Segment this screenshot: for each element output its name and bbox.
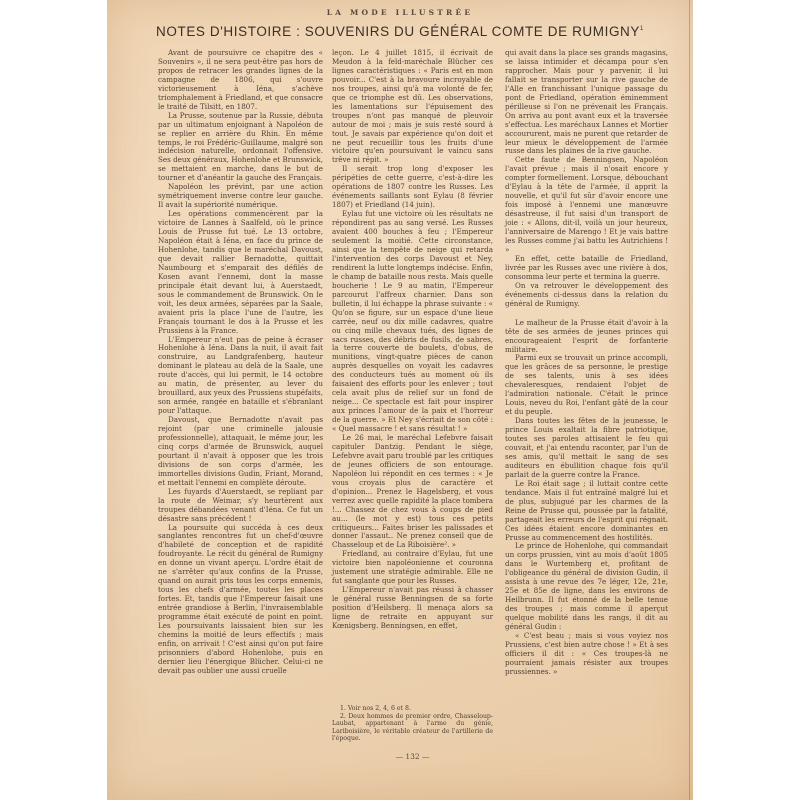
paragraph: Eylau fut une victoire où les résultats … — [332, 210, 493, 434]
title-footnote-marker: 1 — [640, 26, 644, 32]
paragraph: L'Empereur n'eut pas de peine à écraser … — [158, 336, 323, 417]
paragraph: Le prince de Hohenlohe, qui commandait u… — [505, 542, 668, 632]
paragraph: Davoust, que Bernadotte n'avait pas rejo… — [158, 416, 323, 488]
paragraph: Avant de poursuivre ce chapitre des « So… — [158, 49, 323, 112]
page-number: — 132 — — [332, 752, 493, 761]
paragraph: On va retrouver le développement des évé… — [505, 282, 668, 309]
footnote: 1. Voir nos 2, 4, 6 et 8. — [332, 705, 493, 713]
paragraph: Les opérations commencèrent par la victo… — [158, 210, 323, 335]
article-title: NOTES D'HISTOIRE : SOUVENIRS DU GÉNÉRAL … — [107, 24, 693, 39]
paragraph: Il serait trop long d'exposer les péripé… — [332, 165, 493, 210]
paragraph: leçon. Le 4 juillet 1815, il écrivait de… — [332, 49, 493, 165]
paragraph: La poursuite qui succéda à ces deux sang… — [158, 524, 323, 676]
paragraph: Dans toutes les fêtes de la jeunesse, le… — [505, 417, 668, 480]
paragraph: Le Roi était sage ; il luttait contre ce… — [505, 480, 668, 543]
paragraph: Parmi eux se trouvait un prince accompli… — [505, 354, 668, 417]
column-3: qui avait dans la place ses grands magas… — [505, 49, 668, 677]
paragraph: Les fuyards d'Auerstaedt, se repliant pa… — [158, 488, 323, 524]
paragraph: qui avait dans la place ses grands magas… — [505, 49, 668, 156]
title-text: NOTES D'HISTOIRE : SOUVENIRS DU GÉNÉRAL … — [156, 24, 640, 39]
paragraph: En effet, cette bataille de Friedland, l… — [505, 255, 668, 282]
paragraph: Le 26 mai, le maréchal Lefebvre faisait … — [332, 434, 493, 550]
column-1: Avant de poursuivre ce chapitre des « So… — [158, 49, 323, 676]
magazine-page: LA MODE ILLUSTRÉE NOTES D'HISTOIRE : SOU… — [107, 0, 693, 800]
masthead: LA MODE ILLUSTRÉE — [107, 8, 693, 17]
footnotes: 1. Voir nos 2, 4, 6 et 8. 2. Deux hommes… — [332, 705, 493, 743]
footnote: 2. Deux hommes de premier ordre, Chassel… — [332, 713, 493, 743]
paragraph: Friedland, au contraire d'Eylau, fut une… — [332, 550, 493, 586]
paragraph: Le malheur de la Prusse était d'avoir à … — [505, 319, 668, 355]
paragraph: L'Empereur n'avait pas réussi à chasser … — [332, 586, 493, 631]
paragraph: « C'est beau ; mais si vous voyiez nos P… — [505, 632, 668, 677]
paragraph: Napoléon les prévint, par une action sym… — [158, 183, 323, 210]
paragraph: Cette faute de Benningsen, Napoléon l'av… — [505, 156, 668, 254]
paragraph: La Prusse, soutenue par la Russie, début… — [158, 112, 323, 184]
column-2: leçon. Le 4 juillet 1815, il écrivait de… — [332, 49, 493, 631]
